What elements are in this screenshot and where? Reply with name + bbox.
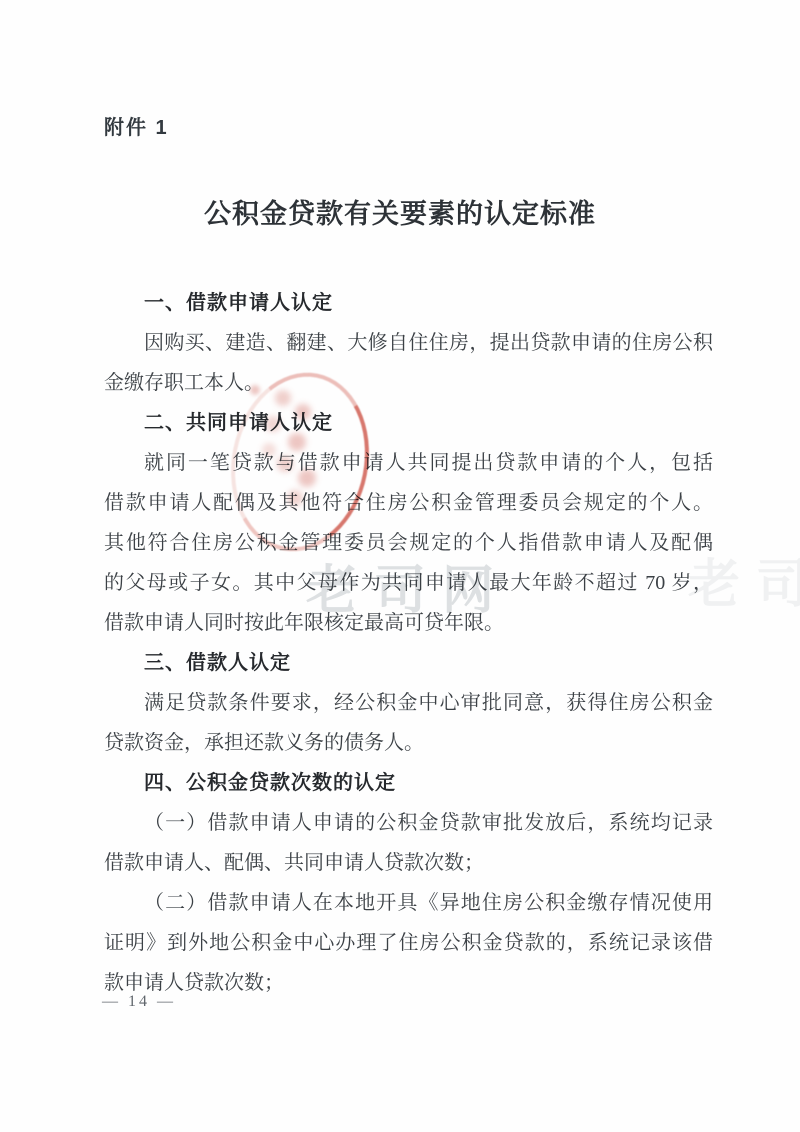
section-heading: 四、公积金贷款次数的认定 <box>104 763 713 803</box>
body-text-line: （一）借款申请人申请的公积金贷款审批发放后，系统均记录 <box>104 803 713 843</box>
body-text-line: 的父母或子女。其中父母作为共同申请人最大年龄不超过 70 岁， <box>104 563 713 603</box>
body-text-line: （二）借款申请人在本地开具《异地住房公积金缴存情况使用 <box>104 883 713 923</box>
body-text-line: 满足贷款条件要求，经公积金中心审批同意，获得住房公积金 <box>104 683 713 723</box>
attachment-label: 附件 1 <box>104 114 169 142</box>
body-text-line: 金缴存职工本人。 <box>104 363 713 403</box>
body-text-line: 款申请人贷款次数； <box>104 963 713 1003</box>
body-text-line: 其他符合住房公积金管理委员会规定的个人指借款申请人及配偶 <box>104 523 713 563</box>
document-body: 一、借款申请人认定因购买、建造、翻建、大修自住住房，提出贷款申请的住房公积金缴存… <box>104 283 713 1003</box>
body-text-line: 就同一笔贷款与借款申请人共同提出贷款申请的个人，包括 <box>104 443 713 483</box>
document-page: 老司网 老司网 附件 1 公积金贷款有关要素的认定标准 一、借款申请人认定因购买… <box>0 0 800 1132</box>
body-text-line: 因购买、建造、翻建、大修自住住房，提出贷款申请的住房公积 <box>104 323 713 363</box>
section-heading: 三、借款人认定 <box>104 643 713 683</box>
body-text-line: 借款申请人配偶及其他符合住房公积金管理委员会规定的个人。 <box>104 483 713 523</box>
section-heading: 二、共同申请人认定 <box>104 403 713 443</box>
body-text-line: 贷款资金，承担还款义务的债务人。 <box>104 723 713 763</box>
body-text-line: 借款申请人、配偶、共同申请人贷款次数； <box>104 843 713 883</box>
section-heading: 一、借款申请人认定 <box>104 283 713 323</box>
body-text-line: 证明》到外地公积金中心办理了住房公积金贷款的，系统记录该借 <box>104 923 713 963</box>
page-number: — 14 — <box>102 990 176 1014</box>
document-title: 公积金贷款有关要素的认定标准 <box>0 194 800 234</box>
body-text-line: 借款申请人同时按此年限核定最高可贷年限。 <box>104 603 713 643</box>
